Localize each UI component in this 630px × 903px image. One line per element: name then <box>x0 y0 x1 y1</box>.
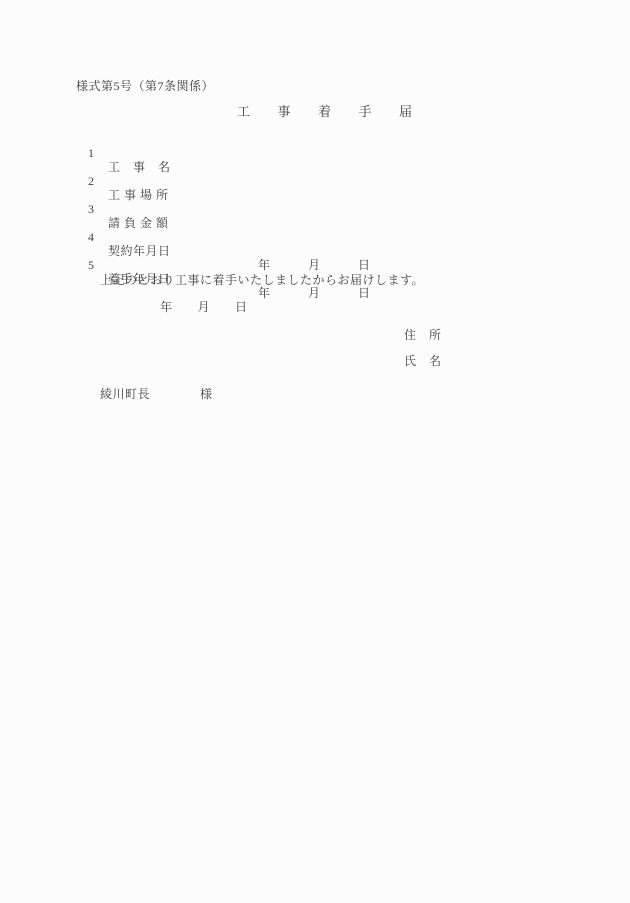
document-title: 工 事 着 手 届 <box>237 105 413 119</box>
submission-date-line: 年 月 日 <box>160 300 248 314</box>
item-number: 2 <box>88 174 95 188</box>
address-label: 住 所 <box>404 328 442 342</box>
addressee-line: 綾川町長 様 <box>100 387 213 401</box>
item-row-4: 4 契約年月日 年 月 日 <box>0 216 630 230</box>
item-row-2: 2 工 事 場 所 <box>0 160 630 174</box>
item-number: 5 <box>88 258 95 272</box>
item-number: 1 <box>88 146 95 160</box>
item-number: 4 <box>88 230 95 244</box>
name-label: 氏 名 <box>404 354 442 368</box>
item-row-5: 5 着手年月日 年 月 日 <box>0 244 630 258</box>
item-row-3: 3 請 負 金 額 <box>0 188 630 202</box>
item-number: 3 <box>88 202 95 216</box>
item-row-1: 1 工 事 名 <box>0 132 630 146</box>
document-page: 様式第5号（第7条関係） 工 事 着 手 届 1 工 事 名 2 工 事 場 所… <box>0 0 630 903</box>
form-number: 様式第5号（第7条関係） <box>76 79 214 93</box>
commencement-date-placeholder: 年 月 日 <box>258 286 371 300</box>
statement-text: 上記のとおり工事に着手いたしましたからお届けします。 <box>100 273 424 287</box>
contract-date-placeholder: 年 月 日 <box>258 258 371 272</box>
